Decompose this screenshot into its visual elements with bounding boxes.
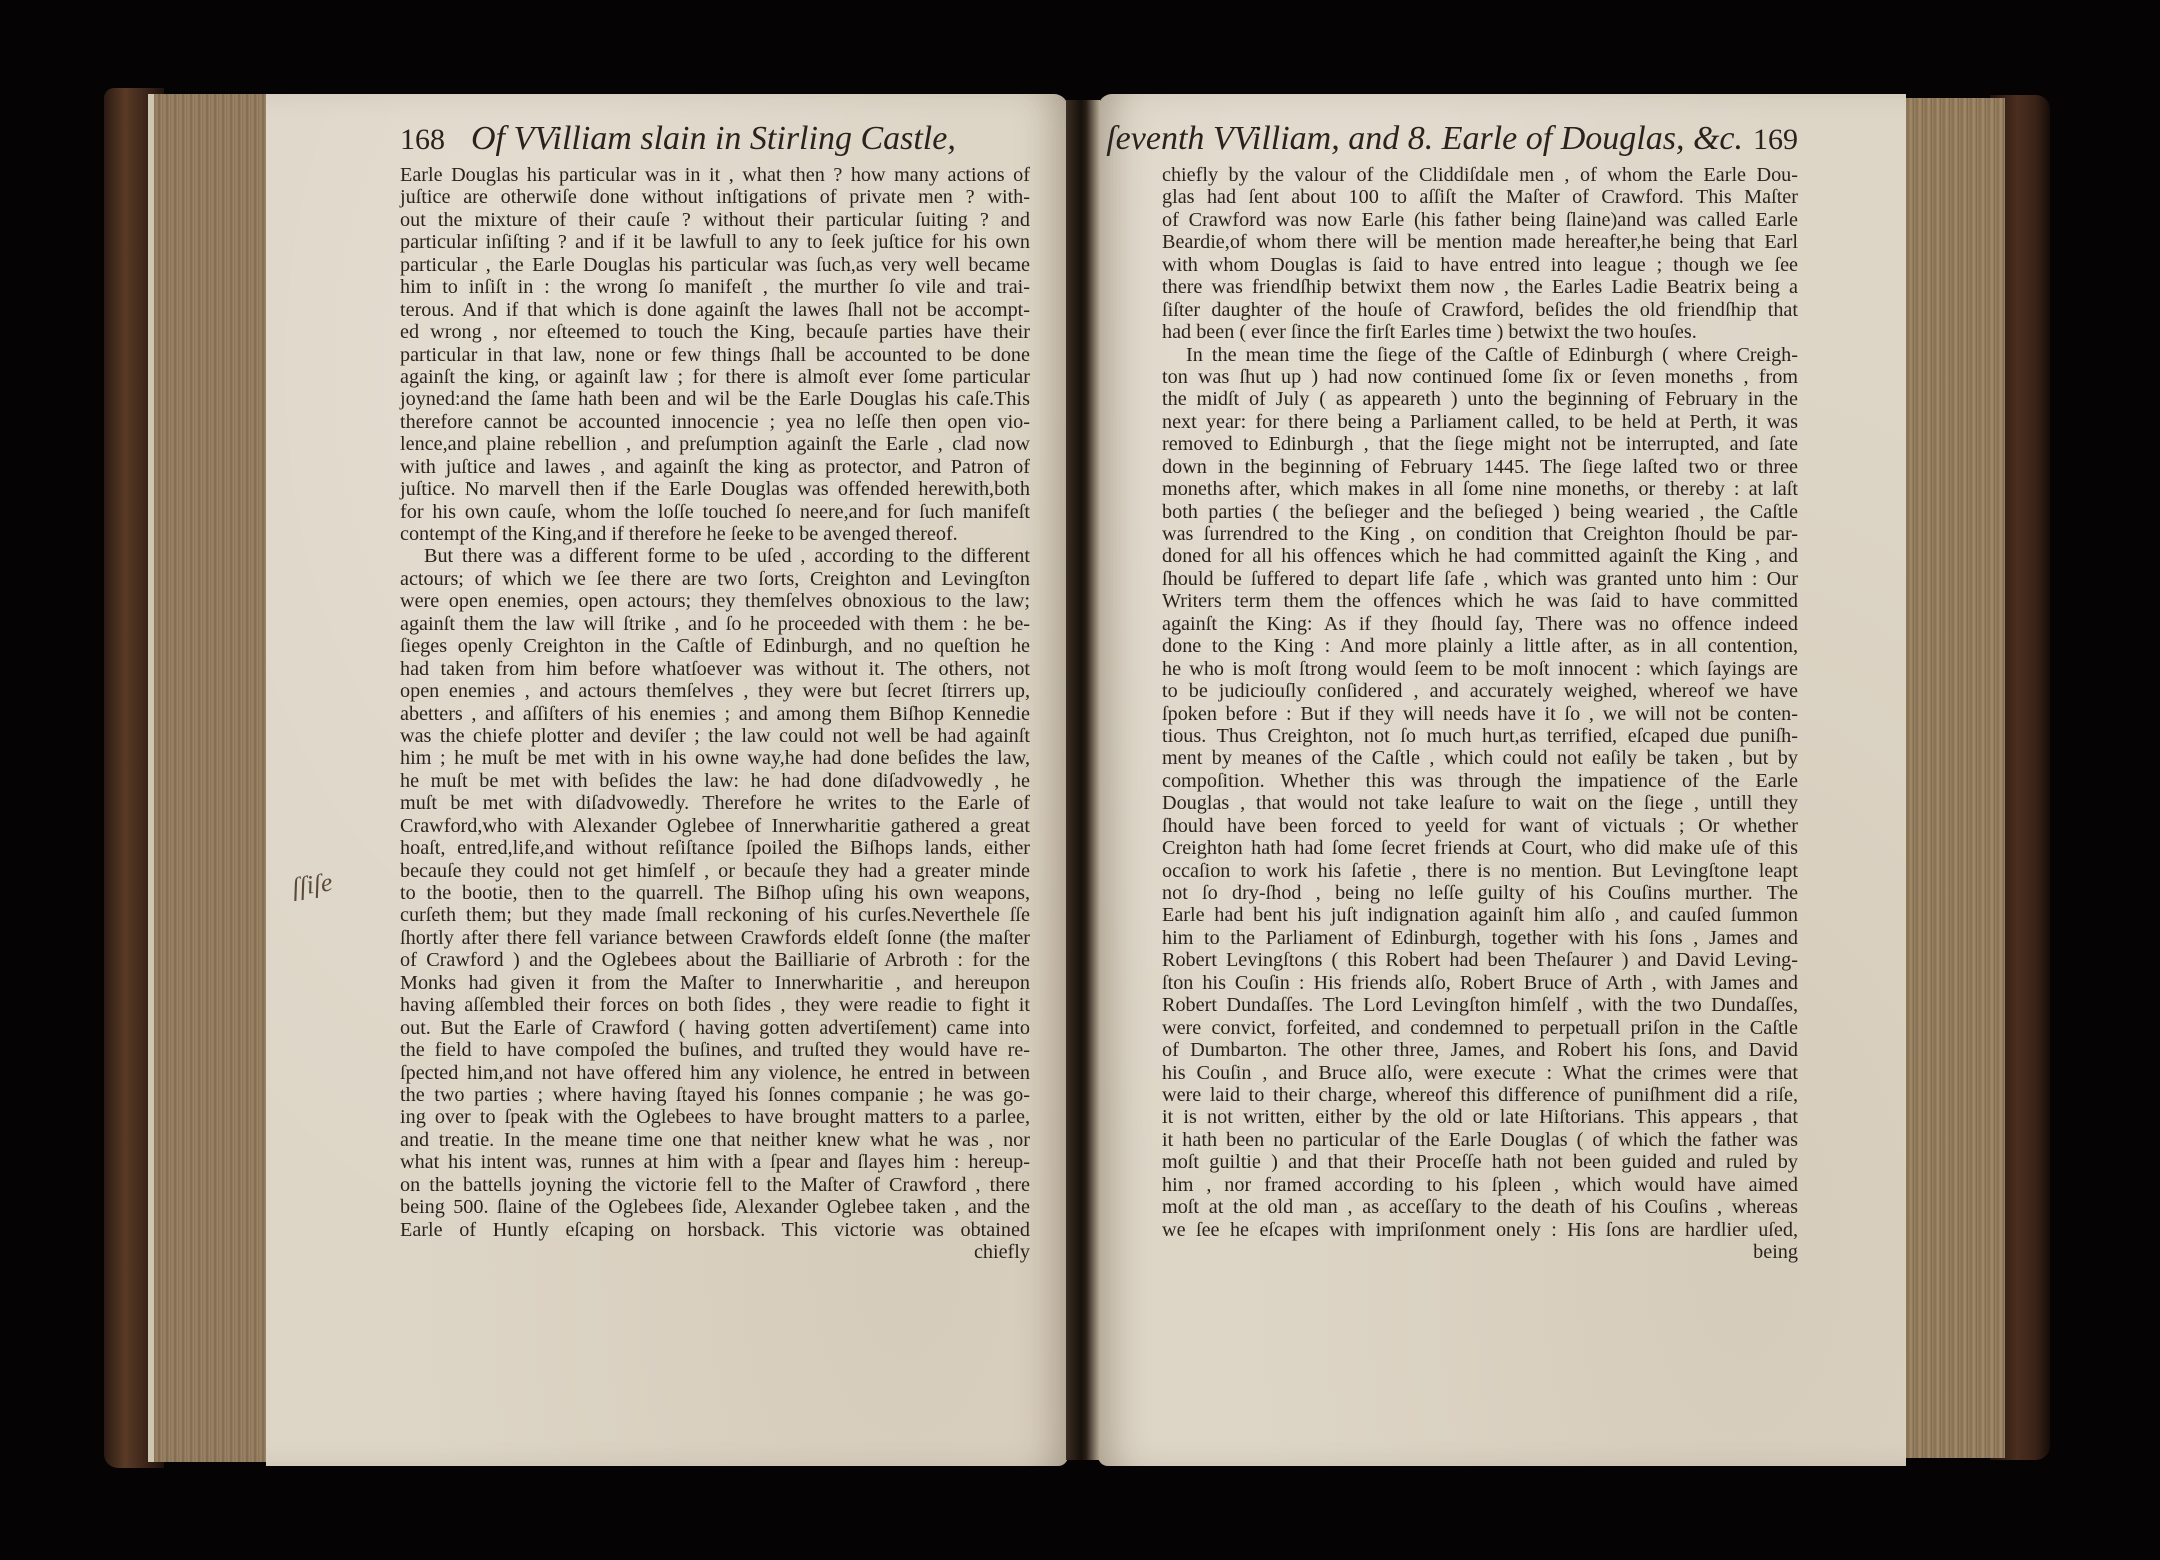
text-line: Writers term them the offences which he … — [1162, 590, 1798, 612]
text-line: the midſt of July ( as appeareth ) unto … — [1162, 388, 1798, 410]
text-line: becauſe they could not get himſelf , or … — [400, 860, 1030, 882]
book-gutter — [1066, 100, 1100, 1460]
text-line: Creighton hath had ſome ſecret friends a… — [1162, 837, 1798, 859]
text-line: Earle had bent his juſt indignation agai… — [1162, 904, 1798, 926]
left-page-text: 168 Of VVilliam slain in Stirling Castle… — [400, 118, 1030, 1263]
margin-annotation: ſſiſe — [290, 867, 334, 902]
catchword: chiefly — [400, 1241, 1030, 1263]
text-line: ſhould be ſuffered to depart life ſafe ,… — [1162, 568, 1798, 590]
text-line: Robert Levingſtons ( this Robert had bee… — [1162, 949, 1798, 971]
text-line: of Crawford ) and the Oglebees about the… — [400, 949, 1030, 971]
text-line: removed to Edinburgh , that the ſiege mi… — [1162, 433, 1798, 455]
text-line: him , nor framed according to his ſpleen… — [1162, 1174, 1798, 1196]
text-line: particular in that law, none or few thin… — [400, 344, 1030, 366]
text-line: on the battells joyning the victorie fel… — [400, 1174, 1030, 1196]
text-line: moneths after, which makes in all ſome n… — [1162, 478, 1798, 500]
page-number: 169 — [1753, 119, 1798, 161]
text-line: having aſſembled their forces on both ſi… — [400, 994, 1030, 1016]
text-line: his Couſin , and Bruce alſo, were execut… — [1162, 1062, 1798, 1084]
text-line: the two parties ; where having ſtayed hi… — [400, 1084, 1030, 1106]
text-line: it hath been no particular of the Earle … — [1162, 1129, 1798, 1151]
text-line: next year: for there being a Parliament … — [1162, 411, 1798, 433]
open-book: ſſiſe 168 Of VVilliam slain in Stirling … — [0, 0, 2160, 1560]
text-line: down in the beginning of February 1445. … — [1162, 456, 1798, 478]
text-line: both parties ( the beſieger and the beſi… — [1162, 501, 1798, 523]
text-line: doned for all his offences which he had … — [1162, 545, 1798, 567]
text-line: occaſion to work his ſafetie , there is … — [1162, 860, 1798, 882]
text-line: we ſee he eſcapes with impriſonment onel… — [1162, 1219, 1798, 1241]
text-line: ed wrong , nor eſteemed to touch the Kin… — [400, 321, 1030, 343]
text-line: ing over to ſpeak with the Oglebees to h… — [400, 1106, 1030, 1128]
text-line: Earle of Huntly eſcaping on horsback. Th… — [400, 1219, 1030, 1241]
text-line: joyned:and the ſame hath been and wil be… — [400, 388, 1030, 410]
text-line: againſt the King: As if they ſhould ſay,… — [1162, 613, 1798, 635]
catchword: being — [1162, 1241, 1798, 1263]
text-line: was ſurrendred to the King , on conditio… — [1162, 523, 1798, 545]
text-line: hoaſt, entred,life,and without reſiſtanc… — [400, 837, 1030, 859]
text-line: open enemies , and actours themſelves , … — [400, 680, 1030, 702]
text-line: lence,and plaine rebellion , and preſump… — [400, 433, 1030, 455]
text-line: were laid to their charge, whereof this … — [1162, 1084, 1798, 1106]
text-line: contempt of the King,and if therefore he… — [400, 523, 1030, 545]
text-line: moſt at the old man , as acceſſary to th… — [1162, 1196, 1798, 1218]
text-line: muſt be met with diſadvowedly. Therefore… — [400, 792, 1030, 814]
text-line: out the mixture of their cauſe ? without… — [400, 209, 1030, 231]
right-page-block-edges — [1905, 98, 2005, 1458]
text-line: he who is moſt ſtrong would ſeem to be m… — [1162, 658, 1798, 680]
text-line: terous. And if that which is done againſ… — [400, 299, 1030, 321]
text-line: to be judiciouſly conſidered , and accur… — [1162, 680, 1798, 702]
text-line: ſieges openly Creighton in the Caſtle of… — [400, 635, 1030, 657]
text-line: had taken from him before whatſoever was… — [400, 658, 1030, 680]
text-line: compoſition. Whether this was through th… — [1162, 770, 1798, 792]
text-line: him to inſiſt in : the wrong ſo manifeſt… — [400, 276, 1030, 298]
text-line: for his own cauſe, whom the loſſe touche… — [400, 501, 1030, 523]
text-line: glas had ſent about 100 to aſſiſt the Ma… — [1162, 186, 1798, 208]
text-line: had been ( ever ſince the firſt Earles t… — [1162, 321, 1798, 343]
text-line: tious. Thus Creighton, not ſo much hurt,… — [1162, 725, 1798, 747]
text-line: chiefly by the valour of the Cliddiſdale… — [1162, 164, 1798, 186]
text-line: of Crawford was now Earle (his father be… — [1162, 209, 1798, 231]
text-line: it is not written, either by the old or … — [1162, 1106, 1798, 1128]
text-line: Robert Dundaſſes. The Lord Levingſton hi… — [1162, 994, 1798, 1016]
text-line: what his intent was, runnes at him with … — [400, 1151, 1030, 1173]
text-line: ſhortly after there fell variance betwee… — [400, 927, 1030, 949]
text-line: actours; of which we ſee there are two ſ… — [400, 568, 1030, 590]
text-line: juſtice. No marvell then if the Earle Do… — [400, 478, 1030, 500]
text-line: there was friendſhip betwixt them now , … — [1162, 276, 1798, 298]
text-line: ſton his Couſin : His friends alſo, Robe… — [1162, 972, 1798, 994]
left-running-header: 168 Of VVilliam slain in Stirling Castle… — [400, 118, 1030, 160]
text-line: with juſtice and lawes , and againſt the… — [400, 456, 1030, 478]
text-line: and treatie. In the meane time one that … — [400, 1129, 1030, 1151]
text-line: was the chiefe plotter and deviſer ; the… — [400, 725, 1030, 747]
text-line: Crawford,who with Alexander Oglebee of I… — [400, 815, 1030, 837]
text-line: of Dumbarton. The other three, James, an… — [1162, 1039, 1798, 1061]
text-line: particular , the Earle Douglas his parti… — [400, 254, 1030, 276]
text-line: In the mean time the ſiege of the Caſtle… — [1162, 344, 1798, 366]
text-line: out. But the Earle of Crawford ( having … — [400, 1017, 1030, 1039]
text-line: him to the Parliament of Edinburgh, toge… — [1162, 927, 1798, 949]
text-line: ſpoken before : But if they will needs h… — [1162, 703, 1798, 725]
text-line: not ſo dry-ſhod , being no leſſe guilty … — [1162, 882, 1798, 904]
text-line: Monks had given it from the Maſter to In… — [400, 972, 1030, 994]
text-line: ment by meanes of the Caſtle , which cou… — [1162, 747, 1798, 769]
text-line: curſeth them; but they made ſmall reckon… — [400, 904, 1030, 926]
text-line: juſtice are otherwiſe done without inſti… — [400, 186, 1030, 208]
left-page-block-edges — [148, 94, 272, 1462]
text-line: being 500. ſlaine of the Oglebees ſide, … — [400, 1196, 1030, 1218]
text-line: moſt guiltie ) and that their Proceſſe h… — [1162, 1151, 1798, 1173]
text-line: Beardie,of whom there will be mention ma… — [1162, 231, 1798, 253]
text-line: therefore cannot be accounted innocencie… — [400, 411, 1030, 433]
text-line: But there was a different forme to be uſ… — [400, 545, 1030, 567]
text-line: ſhould have been forced to yeeld for wan… — [1162, 815, 1798, 837]
text-line: to the bootie, then to the quarrell. The… — [400, 882, 1030, 904]
text-line: Douglas , that would not take leaſure to… — [1162, 792, 1798, 814]
text-line: done to the King : And more plainly a li… — [1162, 635, 1798, 657]
text-line: were convict, forfeited, and condemned t… — [1162, 1017, 1798, 1039]
text-line: Earle Douglas his particular was in it ,… — [400, 164, 1030, 186]
text-line: ſiſter daughter of the houſe of Crawford… — [1162, 299, 1798, 321]
text-line: ſpected him,and not have offered him any… — [400, 1062, 1030, 1084]
right-body-lines: chiefly by the valour of the Cliddiſdale… — [1162, 164, 1798, 1241]
text-line: abetters , and aſſiſters of his enemies … — [400, 703, 1030, 725]
text-line: he muſt be met with beſides the law: he … — [400, 770, 1030, 792]
running-head: ſeventh VVilliam, and 8. Earle of Dougla… — [1106, 118, 1743, 160]
page-number: 168 — [400, 119, 445, 161]
text-line: particular inſiſting ? and if it be lawf… — [400, 231, 1030, 253]
left-body-lines: Earle Douglas his particular was in it ,… — [400, 164, 1030, 1241]
text-line: were open enemies, open actours; they th… — [400, 590, 1030, 612]
text-line: with whom Douglas is ſaid to have entred… — [1162, 254, 1798, 276]
text-line: againſt the king, or againſt law ; for t… — [400, 366, 1030, 388]
text-line: againſt them the law will ſtrike , and ſ… — [400, 613, 1030, 635]
running-head: Of VVilliam slain in Stirling Castle, — [471, 118, 956, 160]
right-running-header: ſeventh VVilliam, and 8. Earle of Dougla… — [1162, 118, 1798, 160]
right-page-text: ſeventh VVilliam, and 8. Earle of Dougla… — [1162, 118, 1798, 1263]
text-line: him ; he muſt be met with in his owne wa… — [400, 747, 1030, 769]
text-line: the field to have compoſed the buſines, … — [400, 1039, 1030, 1061]
text-line: ton was ſhut up ) had now continued ſome… — [1162, 366, 1798, 388]
